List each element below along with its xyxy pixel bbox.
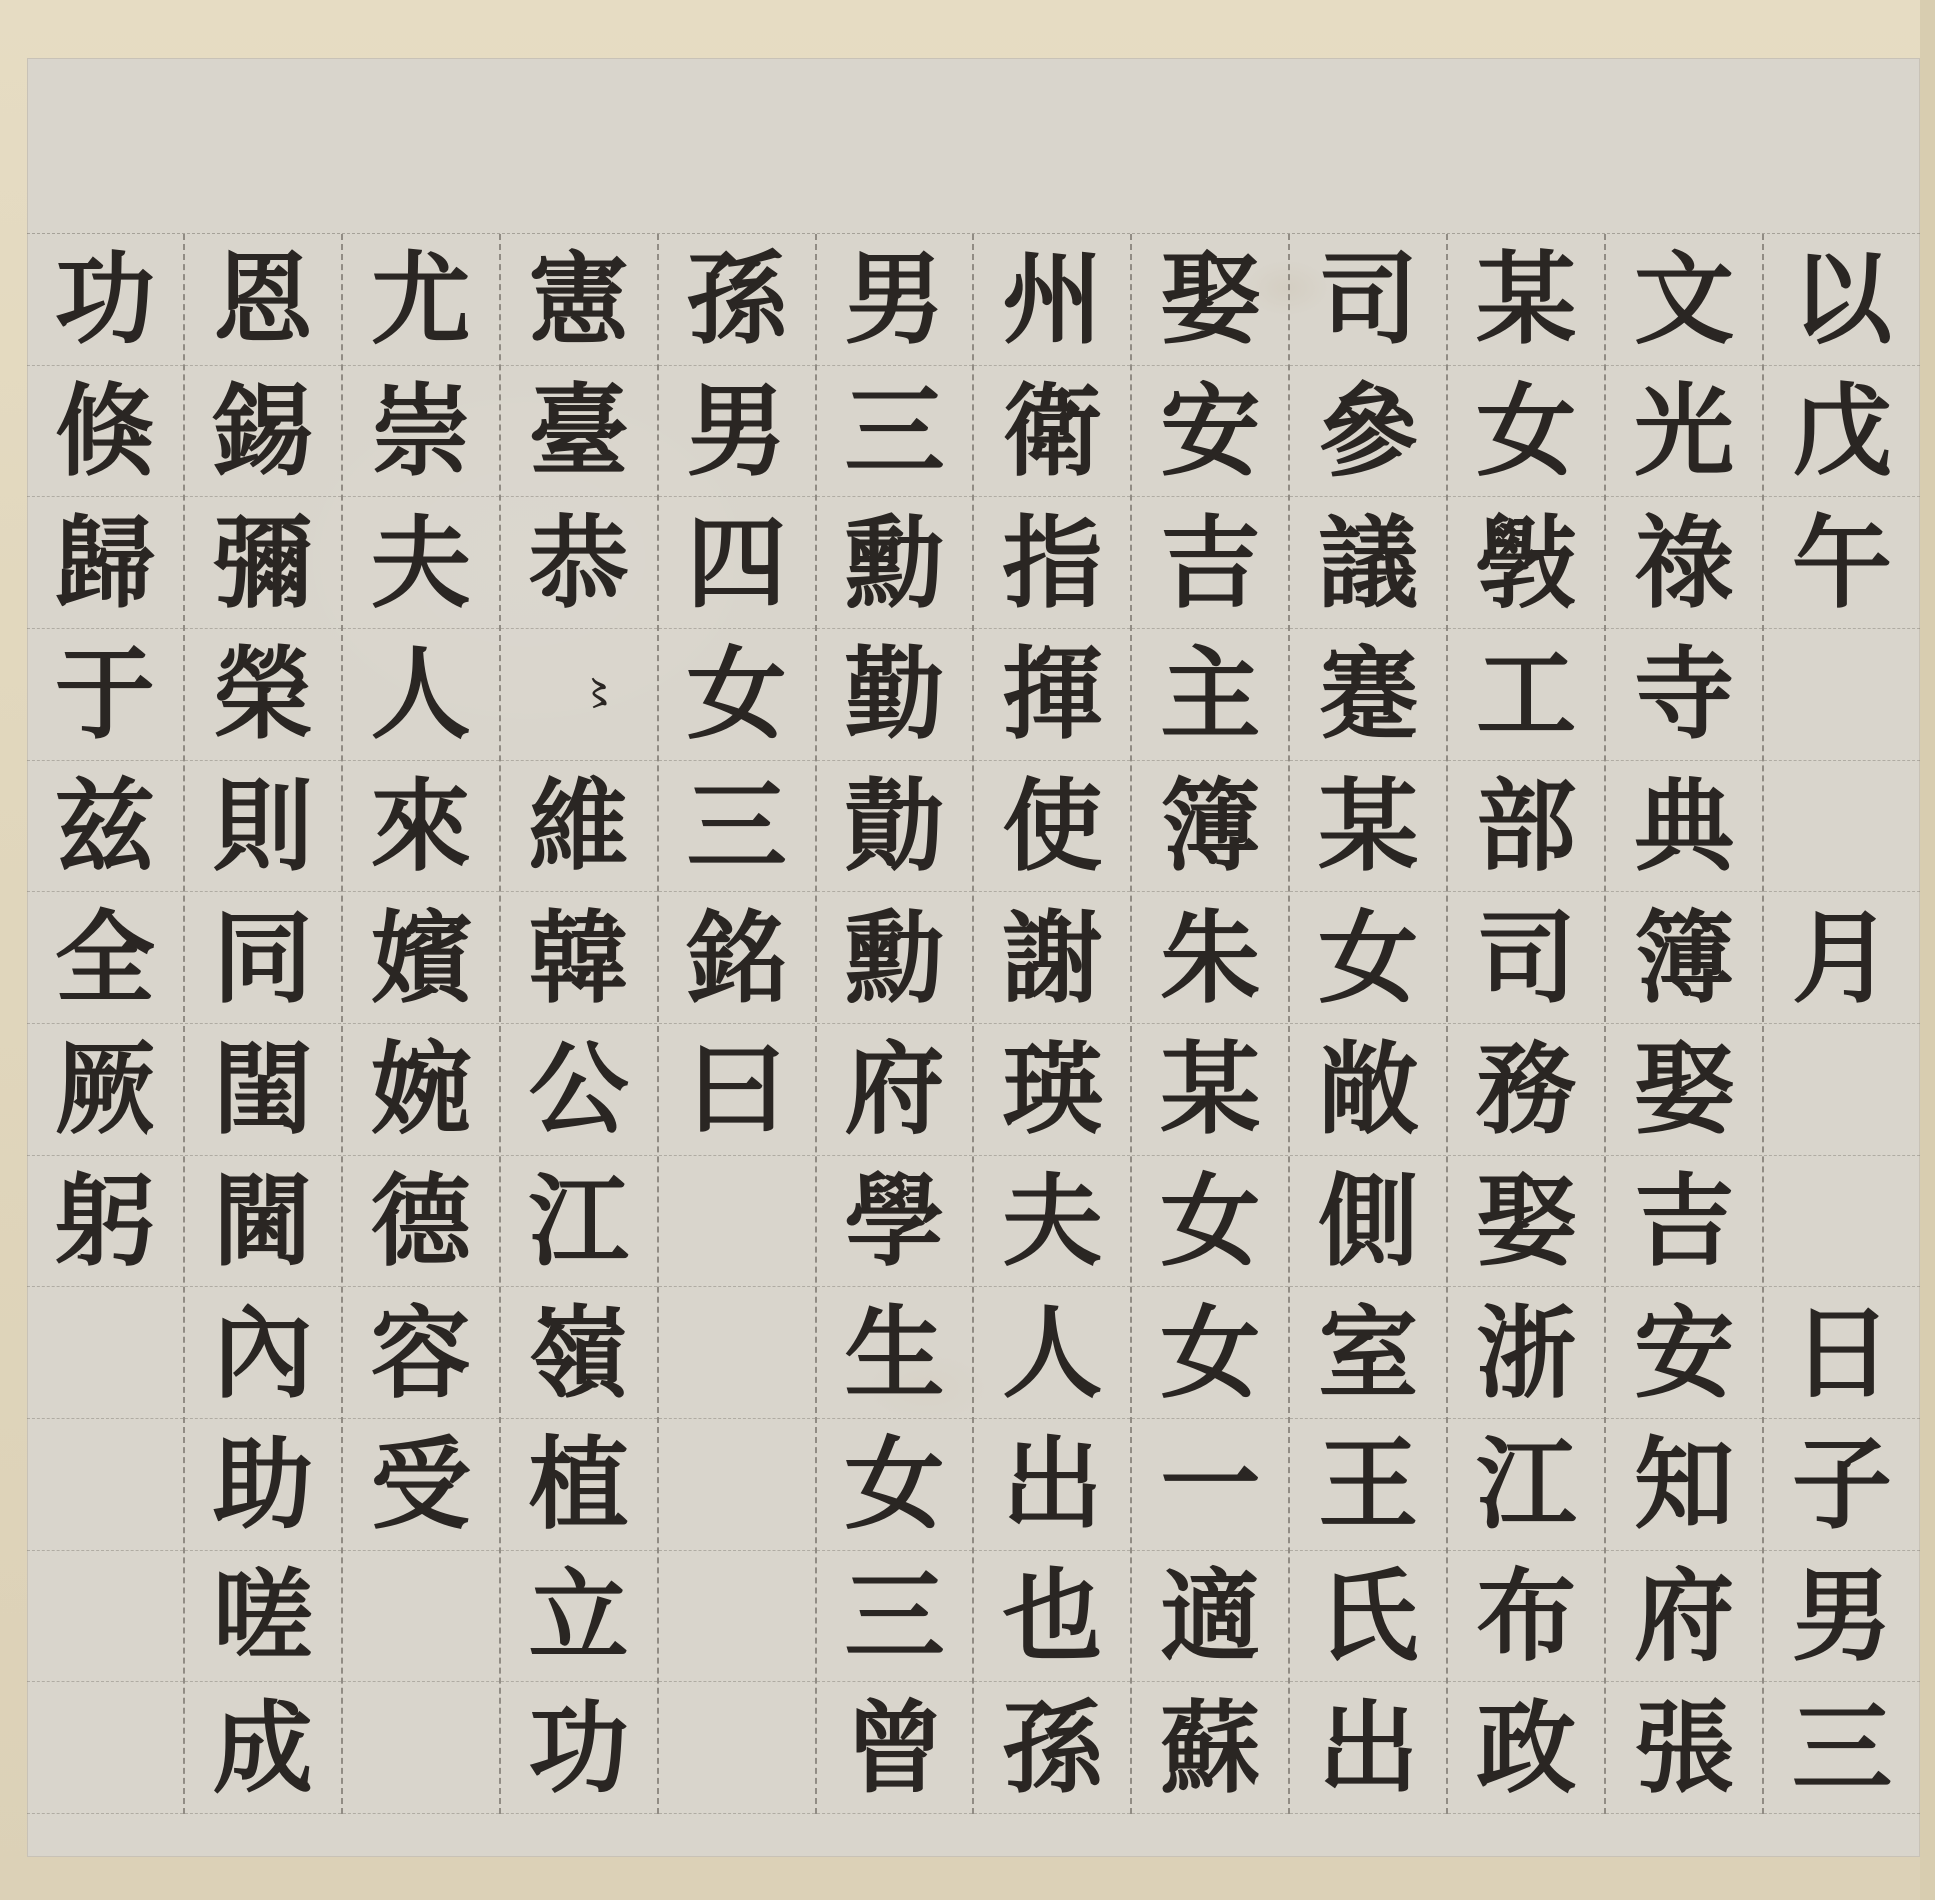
character-cell: 使 [974, 761, 1130, 893]
blank-cell [27, 1551, 183, 1683]
character-cell: 閫 [185, 1156, 341, 1288]
character-cell: 銘 [659, 892, 815, 1024]
character-cell: 錫 [185, 366, 341, 498]
character-cell: 子 [1764, 1419, 1920, 1551]
character-cell: 簿 [1132, 761, 1288, 893]
text-column-4: 司 參 議 蹇 某 女 敞 側 室 王 氏 出 [1288, 234, 1446, 1814]
character-cell: 祿 [1606, 497, 1762, 629]
character-cell: 人 [343, 629, 499, 761]
character-cell: 夫 [343, 497, 499, 629]
character-cell: 女 [1290, 892, 1446, 1024]
character-cell: 側 [1290, 1156, 1446, 1288]
character-cell: 蹇 [1290, 629, 1446, 761]
character-cell: 女 [1132, 1156, 1288, 1288]
character-cell: 于 [27, 629, 183, 761]
character-cell: 氏 [1290, 1551, 1446, 1683]
character-cell: 文 [1606, 234, 1762, 366]
character-cell: 憲 [501, 234, 657, 366]
blank-cell [1764, 1156, 1920, 1288]
character-cell: 夫 [974, 1156, 1130, 1288]
character-cell: 厥 [27, 1024, 183, 1156]
character-cell: 恩 [185, 234, 341, 366]
character-cell: 兹 [27, 761, 183, 893]
blank-cell [27, 1419, 183, 1551]
character-cell: 戊 [1764, 366, 1920, 498]
character-cell: 蘇 [1132, 1682, 1288, 1814]
character-cell: 布 [1448, 1551, 1604, 1683]
character-cell: 彌 [185, 497, 341, 629]
text-column-2: 文 光 祿 寺 典 簿 娶 吉 安 知 府 張 [1604, 234, 1762, 1814]
character-cell: 月 [1764, 892, 1920, 1024]
character-cell: 主 [1132, 629, 1288, 761]
character-cell: 內 [185, 1287, 341, 1419]
character-cell: 助 [185, 1419, 341, 1551]
character-cell: 臺 [501, 366, 657, 498]
blank-cell [659, 1156, 815, 1288]
blank-cell [1764, 629, 1920, 761]
blank-cell [659, 1287, 815, 1419]
character-cell: 指 [974, 497, 1130, 629]
text-column-1: 以 戊 午 月 日 子 男 三 [1762, 234, 1920, 1814]
character-cell: 韓 [501, 892, 657, 1024]
blank-cell [659, 1682, 815, 1814]
character-cell: 男 [659, 366, 815, 498]
character-cell: 女 [1448, 366, 1604, 498]
character-cell: 謝 [974, 892, 1130, 1024]
character-cell: 勳 [817, 497, 973, 629]
character-cell: 日 [1764, 1287, 1920, 1419]
character-cell: 斅 [1448, 497, 1604, 629]
character-cell: 簿 [1606, 892, 1762, 1024]
character-cell: 人 [974, 1287, 1130, 1419]
character-cell: 適 [1132, 1551, 1288, 1683]
character-cell: 孫 [974, 1682, 1130, 1814]
character-cell: 吉 [1606, 1156, 1762, 1288]
character-cell: 也 [974, 1551, 1130, 1683]
character-cell: 躬 [27, 1156, 183, 1288]
character-cell: 王 [1290, 1419, 1446, 1551]
character-cell: 安 [1132, 366, 1288, 498]
character-cell: 榮 [185, 629, 341, 761]
character-cell: 崇 [343, 366, 499, 498]
character-cell: 三 [1764, 1682, 1920, 1814]
text-column-3: 某 女 斅 工 部 司 務 娶 浙 江 布 政 [1446, 234, 1604, 1814]
character-cell: 司 [1290, 234, 1446, 366]
character-cell: 出 [1290, 1682, 1446, 1814]
character-cell: 一 [1132, 1419, 1288, 1551]
text-column-12: 功 倏 歸 于 兹 全 厥 躬 [27, 234, 183, 1814]
character-cell: 娶 [1448, 1156, 1604, 1288]
blank-cell [343, 1682, 499, 1814]
character-cell: 維 [501, 761, 657, 893]
character-cell: 午 [1764, 497, 1920, 629]
character-cell: 男 [817, 234, 973, 366]
character-cell: 功 [501, 1682, 657, 1814]
blank-cell [659, 1419, 815, 1551]
blank-cell [27, 1682, 183, 1814]
character-cell: 曰 [659, 1024, 815, 1156]
character-cell: 植 [501, 1419, 657, 1551]
character-cell: 女 [659, 629, 815, 761]
character-cell: 功 [27, 234, 183, 366]
text-column-8: 孫 男 四 女 三 銘 曰 [657, 234, 815, 1814]
character-cell: 出 [974, 1419, 1130, 1551]
character-cell: 揮 [974, 629, 1130, 761]
character-cell: 孫 [659, 234, 815, 366]
character-cell: 男 [1764, 1551, 1920, 1683]
text-column-5: 娶 安 吉 主 簿 朱 某 女 女 一 適 蘇 [1130, 234, 1288, 1814]
character-cell: 受 [343, 1419, 499, 1551]
character-cell: 勳 [817, 892, 973, 1024]
character-cell: 吉 [1132, 497, 1288, 629]
character-cell: 成 [185, 1682, 341, 1814]
blank-cell [343, 1551, 499, 1683]
character-cell: 朱 [1132, 892, 1288, 1024]
character-cell: 嬪 [343, 892, 499, 1024]
character-cell: 參 [1290, 366, 1446, 498]
character-cell: 娶 [1132, 234, 1288, 366]
character-cell: 勣 [817, 761, 973, 893]
character-cell: 全 [27, 892, 183, 1024]
character-cell: 同 [185, 892, 341, 1024]
character-cell: 寺 [1606, 629, 1762, 761]
character-cell: 浙 [1448, 1287, 1604, 1419]
character-cell: 府 [817, 1024, 973, 1156]
character-cell: 江 [1448, 1419, 1604, 1551]
character-cell: 嗟 [185, 1551, 341, 1683]
text-column-6: 州 衛 指 揮 使 謝 瑛 夫 人 出 也 孫 [972, 234, 1130, 1814]
character-cell: 三 [817, 1551, 973, 1683]
character-cell: 學 [817, 1156, 973, 1288]
blank-cell [1764, 761, 1920, 893]
blank-cell [659, 1551, 815, 1683]
character-cell: 司 [1448, 892, 1604, 1024]
character-cell: 室 [1290, 1287, 1446, 1419]
character-cell: 德 [343, 1156, 499, 1288]
character-cell: 三 [659, 761, 815, 893]
character-cell: 來 [343, 761, 499, 893]
character-cell: 則 [185, 761, 341, 893]
character-cell: 女 [1132, 1287, 1288, 1419]
character-cell: 尤 [343, 234, 499, 366]
character-cell: 衛 [974, 366, 1130, 498]
character-cell: 江 [501, 1156, 657, 1288]
ruled-grid: 以 戊 午 月 日 子 男 三 文 光 祿 寺 典 簿 娶 吉 安 知 府 張 … [27, 233, 1920, 1814]
character-cell: 某 [1290, 761, 1446, 893]
character-cell: 瑛 [974, 1024, 1130, 1156]
character-cell: 某 [1132, 1024, 1288, 1156]
character-cell: 政 [1448, 1682, 1604, 1814]
character-cell: 生 [817, 1287, 973, 1419]
character-cell: 歸 [27, 497, 183, 629]
character-cell: 務 [1448, 1024, 1604, 1156]
text-column-11: 恩 錫 彌 榮 則 同 閨 閫 內 助 嗟 成 [183, 234, 341, 1814]
character-cell: 女 [817, 1419, 973, 1551]
character-cell: 以 [1764, 234, 1920, 366]
character-cell: 倏 [27, 366, 183, 498]
character-cell: 州 [974, 234, 1130, 366]
text-column-7: 男 三 勳 勤 勣 勳 府 學 生 女 三 曾 [815, 234, 973, 1814]
blank-cell [1764, 1024, 1920, 1156]
character-cell: 容 [343, 1287, 499, 1419]
character-cell: 府 [1606, 1551, 1762, 1683]
character-cell: 知 [1606, 1419, 1762, 1551]
character-cell: 安 [1606, 1287, 1762, 1419]
character-cell: 典 [1606, 761, 1762, 893]
character-cell: 嶺 [501, 1287, 657, 1419]
character-cell: 張 [1606, 1682, 1762, 1814]
text-column-9: 憲 臺 恭 〻 維 韓 公 江 嶺 植 立 功 [499, 234, 657, 1814]
character-cell: 恭 [501, 497, 657, 629]
character-cell: 曾 [817, 1682, 973, 1814]
mount-border [1920, 0, 1935, 1900]
character-cell: 立 [501, 1551, 657, 1683]
character-cell: 光 [1606, 366, 1762, 498]
character-cell: 議 [1290, 497, 1446, 629]
character-cell: 婉 [343, 1024, 499, 1156]
repeat-mark-cell: 〻 [501, 629, 657, 761]
character-cell: 某 [1448, 234, 1604, 366]
character-cell: 勤 [817, 629, 973, 761]
character-cell: 四 [659, 497, 815, 629]
character-cell: 工 [1448, 629, 1604, 761]
character-cell: 閨 [185, 1024, 341, 1156]
character-cell: 娶 [1606, 1024, 1762, 1156]
character-cell: 三 [817, 366, 973, 498]
text-column-10: 尤 崇 夫 人 來 嬪 婉 德 容 受 [341, 234, 499, 1814]
character-cell: 公 [501, 1024, 657, 1156]
character-cell: 部 [1448, 761, 1604, 893]
blank-cell [27, 1287, 183, 1419]
character-cell: 敞 [1290, 1024, 1446, 1156]
